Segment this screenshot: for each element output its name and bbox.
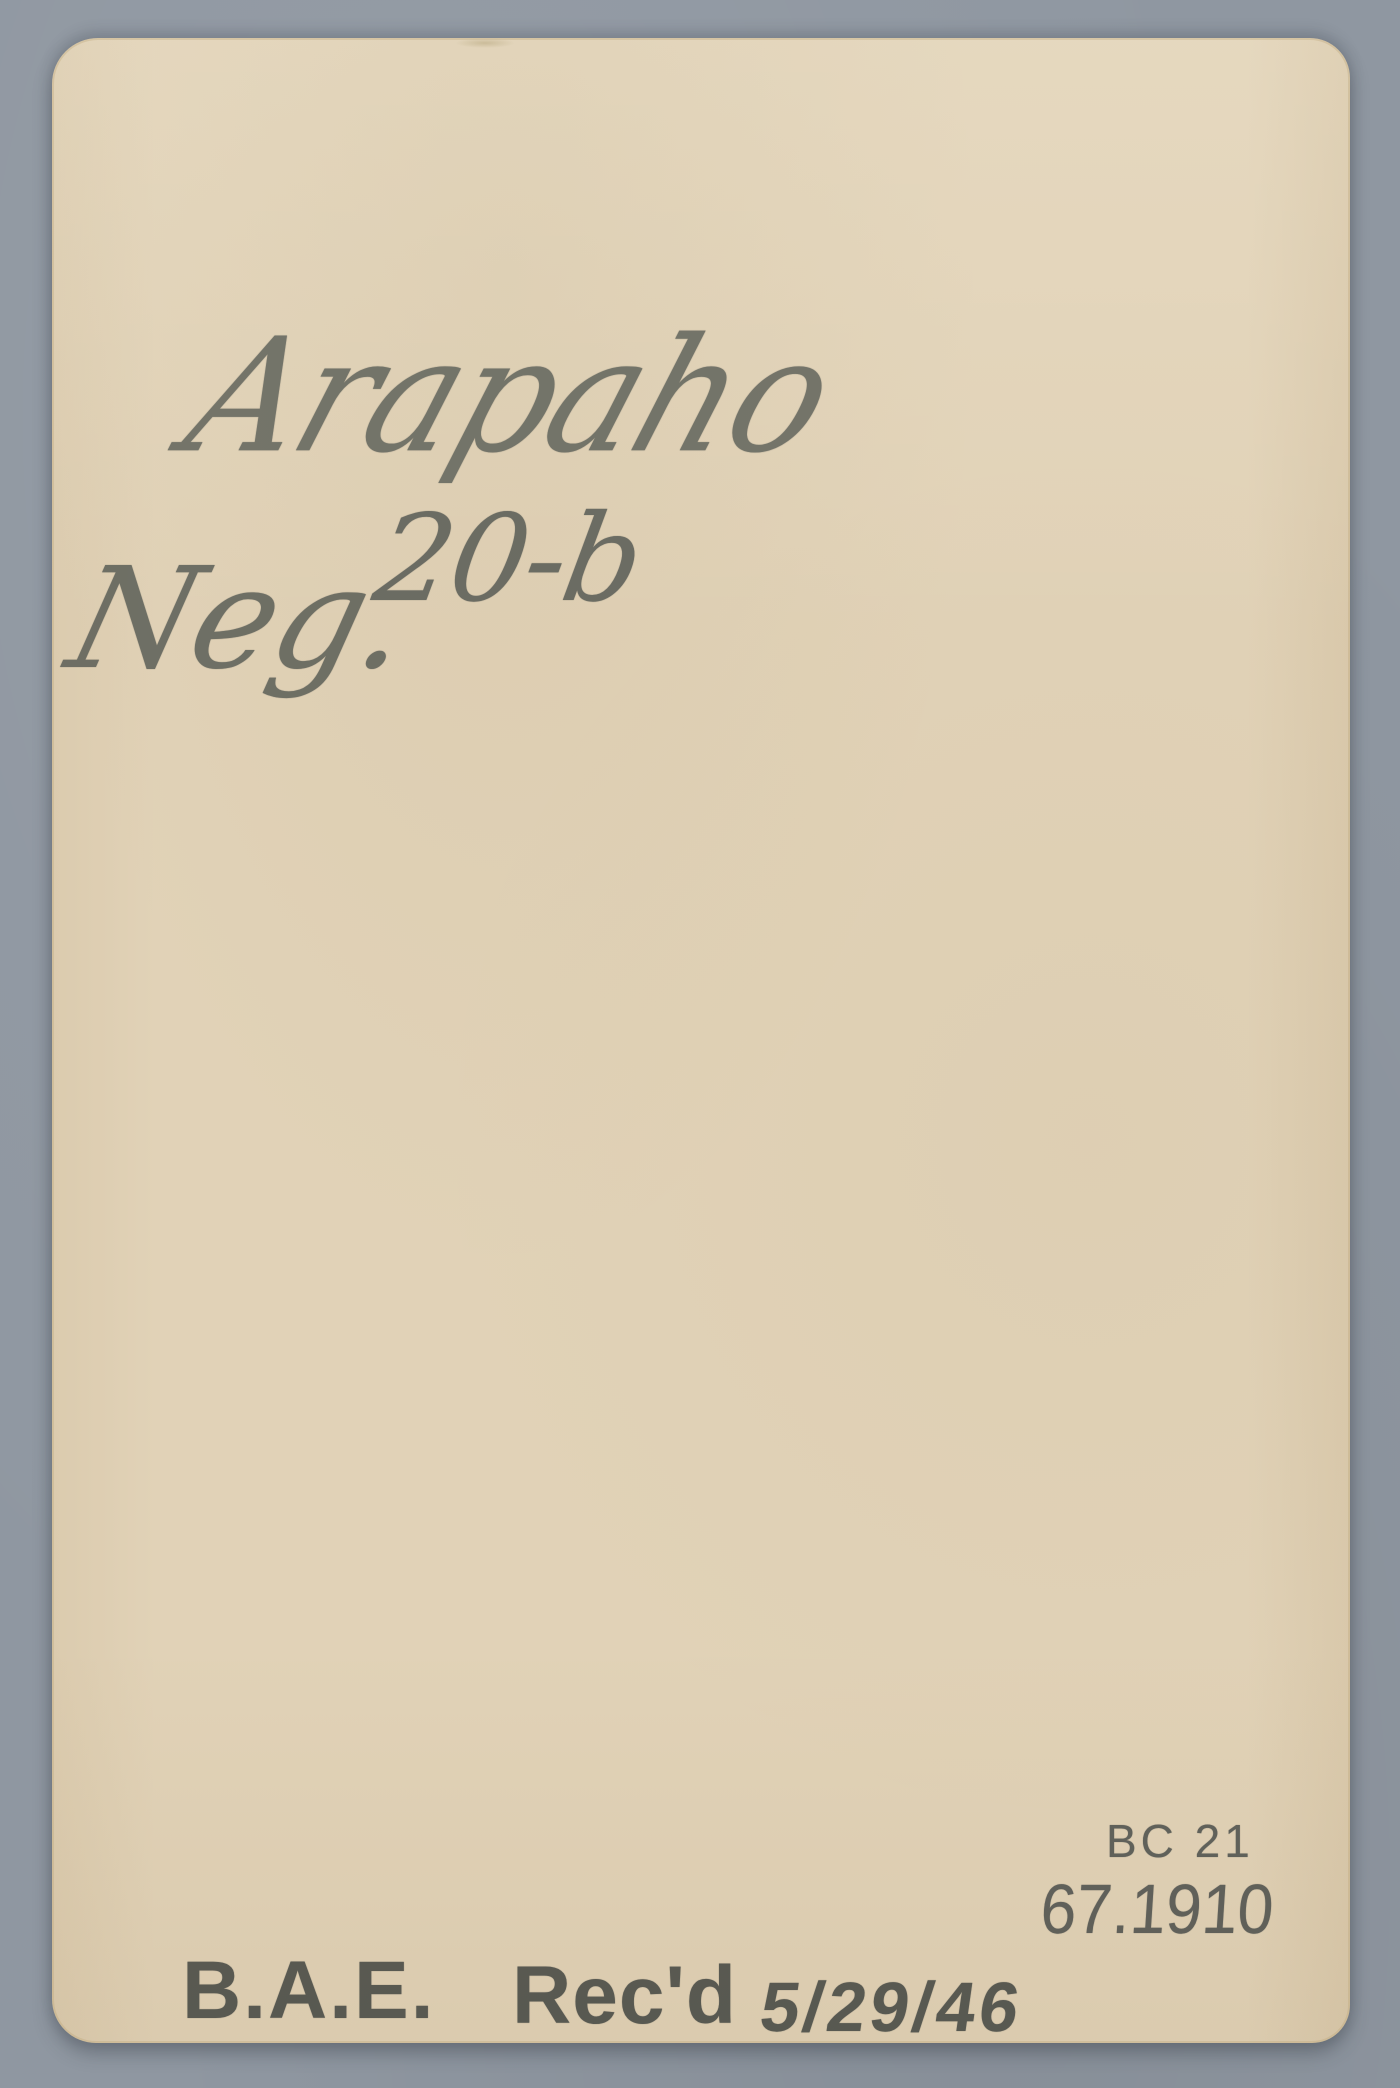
handwritten-received-date: 5/29/46	[756, 1972, 1027, 2042]
handwritten-received-label: Rec'd	[512, 1955, 737, 2037]
handwritten-collection-code: BC 21	[1106, 1818, 1254, 1864]
handwritten-catalog-number: 67.1910	[1038, 1874, 1275, 1944]
handwritten-institution: B.A.E.	[182, 1950, 435, 2032]
handwritten-negative-number: 20-b	[367, 500, 650, 620]
paper-scuff	[455, 38, 515, 48]
handwritten-tribe-name: Arapaho	[171, 318, 850, 476]
